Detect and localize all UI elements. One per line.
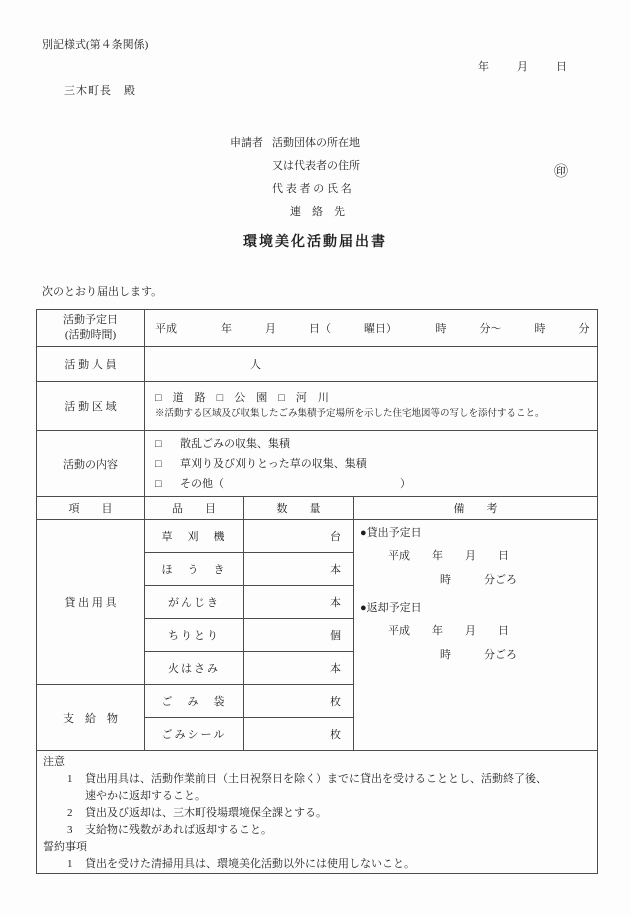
lend-unit-1: 台 [244, 520, 354, 553]
caution-item-1-text: 貸出用具は、活動作業前日（土日祝祭日を除く）までに貸出を受けることとし、活動終了… [85, 771, 589, 805]
caution-item-1: 1 貸出用具は、活動作業前日（土日祝祭日を除く）までに貸出を受けることとし、活動… [43, 771, 589, 805]
schedule-row: 活動予定日 (活動時間) 平成 年 月 日（ 曜日） 時 分～ 時 分 [37, 310, 598, 347]
personnel-row: 活 動 人 員 人 [37, 347, 598, 382]
applicant-line4: 連 絡 先 [290, 201, 360, 224]
page-title: 環境美化活動届出書 [0, 231, 630, 251]
remarks-return-date: 平成 年 月 日 [360, 623, 591, 639]
pledge-item-1-num: 1 [67, 856, 85, 873]
remarks-return-title: ●返却予定日 [360, 600, 591, 616]
date-blank-line: 年 月 日 [478, 60, 569, 75]
lend-row-1: 貸 出 用 具 草 刈 機 台 ●貸出予定日 平成 年 月 日 時 分ごろ ●返… [37, 520, 598, 553]
form-page: 別記様式(第４条関係) 年 月 日 三木町長 殿 申請者活動団体の所在地 又は代… [0, 0, 630, 915]
checkbox-icon: □ [155, 434, 180, 454]
notes-cell: 注意 1 貸出用具は、活動作業前日（土日祝祭日を除く）までに貸出を受けることとし… [37, 751, 598, 874]
applicant-line1: 申請者活動団体の所在地 [230, 132, 360, 155]
content-option-1-label: 散乱ごみの収集、集積 [180, 434, 290, 454]
checkbox-icon: □ [155, 454, 180, 474]
pledge-item-1: 1 貸出を受けた清掃用具は、環境美化活動以外には使用しないこと。 [43, 856, 589, 873]
applicant-block: 申請者活動団体の所在地 又は代表者の住所 代 表 者 の 氏 名 連 絡 先 [230, 132, 360, 224]
lend-item-1: 草 刈 機 [145, 520, 244, 553]
pledge-title: 誓約事項 [43, 839, 589, 856]
content-option-1: □ 散乱ごみの収集、集積 [145, 434, 597, 454]
content-option-2: □ 草刈り及び刈りとった草の収集、集積 [145, 454, 597, 474]
caution-item-3: 3 支給物に残数があれば返却すること。 [43, 822, 589, 839]
supply-unit-2: 枚 [244, 718, 354, 751]
applicant-address1: 活動団体の所在地 [272, 137, 360, 149]
lend-unit-3: 本 [244, 586, 354, 619]
area-row: 活 動 区 域 □ 道 路 □ 公 園 □ 河 川 ※活動する区域及び収集したご… [37, 382, 598, 431]
remarks-lend-time: 時 分ごろ [360, 572, 591, 588]
lend-unit-4: 個 [244, 619, 354, 652]
caution-item-3-text: 支給物に残数があれば返却すること。 [85, 822, 589, 839]
main-table: 活動予定日 (活動時間) 平成 年 月 日（ 曜日） 時 分～ 時 分 活 動 … [36, 309, 598, 874]
seal-icon: ㊞ [554, 161, 568, 181]
schedule-value-cell: 平成 年 月 日（ 曜日） 時 分～ 時 分 [145, 310, 598, 347]
content-cell: □ 散乱ごみの収集、集積 □ 草刈り及び刈りとった草の収集、集積 □ その他（ … [145, 431, 598, 497]
content-label: 活動の内容 [37, 431, 145, 497]
caution-item-1-line1: 貸出用具は、活動作業前日（土日祝祭日を除く）までに貸出を受けることとし、活動終了… [85, 771, 589, 788]
content-option-3-label: その他（ ） [180, 474, 411, 494]
schedule-label-cell: 活動予定日 (活動時間) [37, 310, 145, 347]
lend-group-label: 貸 出 用 具 [37, 520, 145, 685]
col-header-article: 品 目 [145, 497, 244, 520]
content-option-3: □ その他（ ） [145, 474, 597, 494]
personnel-value: 人 [145, 347, 598, 382]
intro-text: 次のとおり届出します。 [42, 285, 162, 300]
lend-item-3: がんじき [145, 586, 244, 619]
area-checkboxes: □ 道 路 □ 公 園 □ 河 川 [155, 391, 597, 405]
checkbox-icon: □ [155, 474, 180, 494]
supply-item-1: ご み 袋 [145, 685, 244, 718]
personnel-label: 活 動 人 員 [37, 347, 145, 382]
caution-item-1-num: 1 [67, 771, 85, 805]
area-cell: □ 道 路 □ 公 園 □ 河 川 ※活動する区域及び収集したごみ集積予定場所を… [145, 382, 598, 431]
caution-item-2: 2 貸出及び返却は、三木町役場環境保全課とする。 [43, 805, 589, 822]
notes-row: 注意 1 貸出用具は、活動作業前日（土日祝祭日を除く）までに貸出を受けることとし… [37, 751, 598, 874]
schedule-label-1: 活動予定日 [37, 313, 144, 328]
content-row: 活動の内容 □ 散乱ごみの収集、集積 □ 草刈り及び刈りとった草の収集、集積 □… [37, 431, 598, 497]
form-reference: 別記様式(第４条関係) [42, 38, 148, 53]
col-header-remarks: 備 考 [354, 497, 598, 520]
col-header-item: 項 目 [37, 497, 145, 520]
lend-unit-5: 本 [244, 652, 354, 685]
area-note: ※活動する区域及び収集したごみ集積予定場所を示した住宅地図等の写しを添付すること… [155, 408, 597, 421]
column-header-row: 項 目 品 目 数 量 備 考 [37, 497, 598, 520]
content-option-2-label: 草刈り及び刈りとった草の収集、集積 [180, 454, 367, 474]
area-label: 活 動 区 域 [37, 382, 145, 431]
schedule-label-2: (活動時間) [37, 328, 144, 343]
addressee: 三木町長 殿 [64, 84, 136, 99]
caution-item-1-line2: 速やかに返却すること。 [85, 788, 589, 805]
lend-item-5: 火はさみ [145, 652, 244, 685]
caution-title: 注意 [43, 754, 589, 771]
supply-unit-1: 枚 [244, 685, 354, 718]
pledge-item-1-text: 貸出を受けた清掃用具は、環境美化活動以外には使用しないこと。 [85, 856, 589, 873]
supply-item-2: ごみシール [145, 718, 244, 751]
remarks-lend-title: ●貸出予定日 [360, 525, 591, 541]
lend-item-4: ちりとり [145, 619, 244, 652]
lend-unit-2: 本 [244, 553, 354, 586]
caution-item-2-text: 貸出及び返却は、三木町役場環境保全課とする。 [85, 805, 589, 822]
caution-item-2-num: 2 [67, 805, 85, 822]
applicant-line3: 代 表 者 の 氏 名 [272, 178, 360, 201]
col-header-quantity: 数 量 [244, 497, 354, 520]
caution-item-3-num: 3 [67, 822, 85, 839]
remarks-return-time: 時 分ごろ [360, 647, 591, 663]
remarks-lend-date: 平成 年 月 日 [360, 548, 591, 564]
supply-group-label: 支 給 物 [37, 685, 145, 751]
lend-item-2: ほ う き [145, 553, 244, 586]
applicant-label: 申請者 [230, 137, 263, 149]
remarks-cell: ●貸出予定日 平成 年 月 日 時 分ごろ ●返却予定日 平成 年 月 日 時 … [354, 520, 598, 751]
applicant-line2: 又は代表者の住所 [272, 155, 360, 178]
